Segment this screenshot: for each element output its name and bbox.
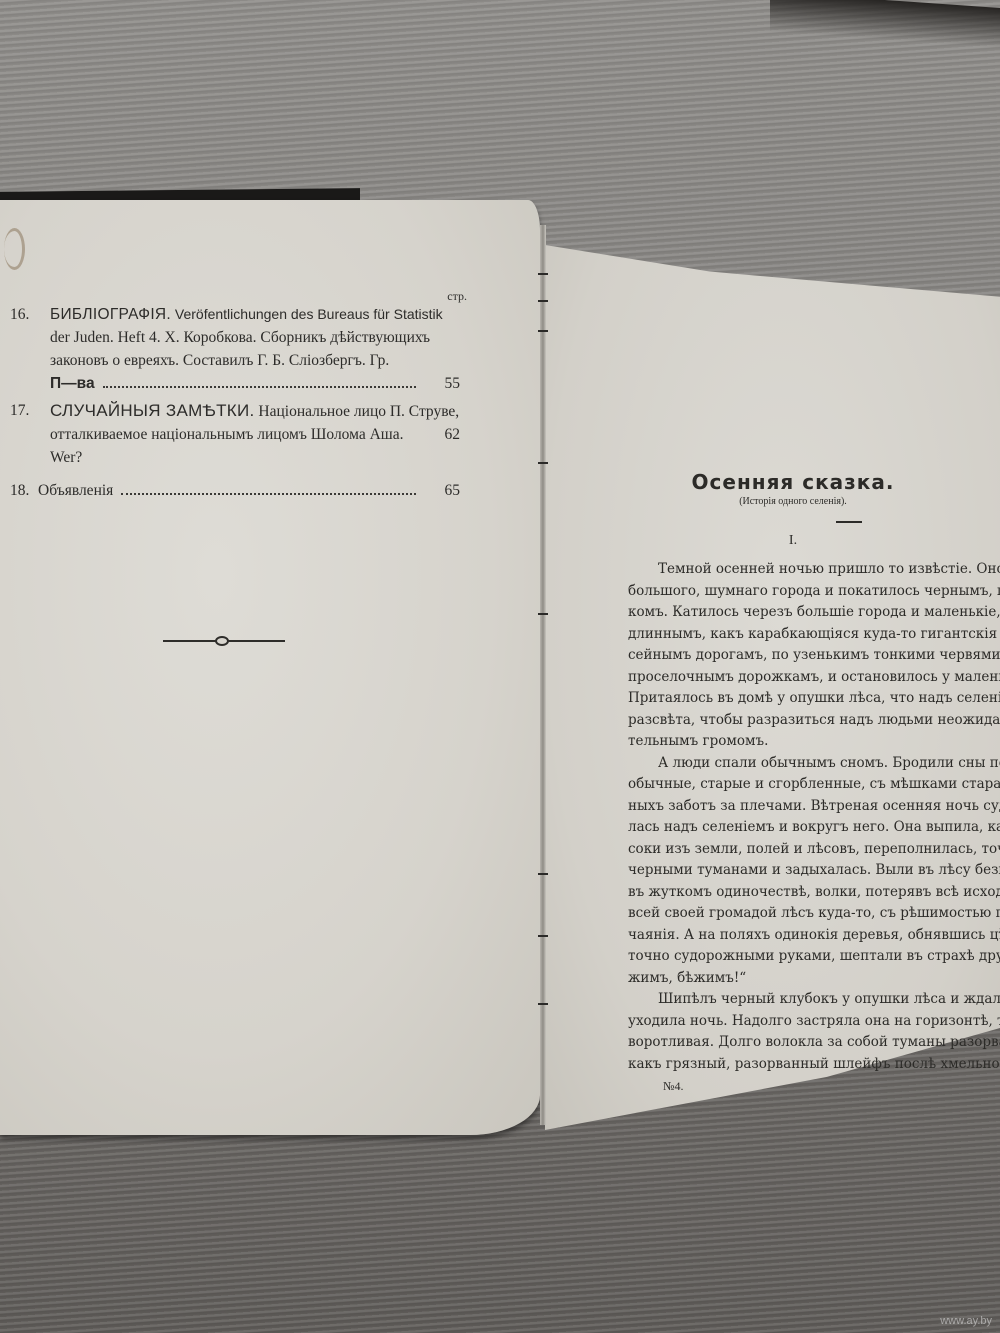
text-line: комъ. Катилось черезъ большiе города и м… (628, 602, 1000, 624)
title-rule (836, 521, 862, 523)
toc-number: 17. (10, 399, 29, 422)
toc-line: Veröfentlichungen des Bureaus für Statis… (175, 306, 443, 322)
dot-leader (121, 493, 416, 495)
story: Осенняя сказка. (Исторiя одного селенiя)… (628, 470, 1000, 1094)
binding-stitch (538, 1003, 548, 1005)
text-line: проселочнымъ дорожкамъ, и остановилось у… (628, 667, 1000, 689)
binding-stitch (538, 462, 548, 464)
text-line: А люди спали обычнымъ сномъ. Бродили сны… (628, 753, 1000, 775)
text-line: уходила ночь. Надолго застряла она на го… (628, 1011, 1000, 1033)
text-line: длиннымъ, какъ карабкающiяся куда-то гиг… (628, 624, 1000, 646)
book-spine (540, 225, 546, 1125)
toc-line: Объявленiя (38, 479, 113, 502)
signature-mark: №4. (628, 1079, 1000, 1094)
text-line: сейнымъ дорогамъ, по узенькимъ тонкими ч… (628, 645, 1000, 667)
story-subtitle: (Исторiя одного селенiя). (618, 496, 968, 507)
text-line: большого, шумнаго города и покатилось че… (628, 581, 1000, 603)
toc-number: 18. (10, 479, 29, 502)
text-line: точно судорожными руками, шептали въ стр… (628, 946, 1000, 968)
toc-line: Нацiональное лицо П. Струве, (258, 403, 459, 420)
dot-leader (103, 386, 416, 388)
binding-stitch (538, 300, 548, 302)
page-stain (4, 228, 25, 270)
toc-page-number: 62 (432, 423, 460, 446)
toc-entry: 18. Объявленiя 65 (10, 479, 460, 502)
text-line: чаянiя. А на поляхъ одинокiя деревья, об… (628, 925, 1000, 947)
text-line: тельнымъ громомъ. (628, 731, 1000, 753)
toc-number: 16. (10, 303, 29, 326)
story-body: Темной осенней ночью пришло то извѣстiе.… (628, 559, 1000, 1075)
toc-page-number: 65 (430, 479, 460, 502)
toc-entry: 16. БИБЛIОГРАФIЯ. Veröfentlichungen des … (10, 303, 460, 395)
text-line: Шипѣлъ черный клубокъ у опушки лѣса и жд… (628, 989, 1000, 1011)
background-shadow (770, 0, 1000, 48)
binding-stitch (538, 330, 548, 332)
text-line: Темной осенней ночью пришло то извѣстiе.… (628, 559, 1000, 581)
text-line: жимъ, бѣжимъ!“ (628, 968, 1000, 990)
text-line: соки изъ земли, полей и лѣсовъ, переполн… (628, 839, 1000, 861)
binding-stitch (538, 873, 548, 875)
binding-stitch (538, 273, 548, 275)
text-line: лась надъ селенiемъ и вокругъ него. Она … (628, 817, 1000, 839)
text-line: всей своей громадой лѣсъ куда-то, съ рѣш… (628, 903, 1000, 925)
chapter-number: I. (618, 533, 968, 549)
toc-heading: БИБЛIОГРАФIЯ. (50, 306, 171, 323)
toc-leader: Объявленiя 65 (38, 479, 460, 502)
text-line: ныхъ заботъ за плечами. Вѣтреная осенняя… (628, 796, 1000, 818)
text-line: разсвѣта, чтобы разразиться надъ людьми … (628, 710, 1000, 732)
binding-stitch (538, 935, 548, 937)
toc-leader: П—ва 55 (50, 372, 460, 395)
text-line: въ жуткомъ одиночествѣ, волки, потерявъ … (628, 882, 1000, 904)
binding-stitch (538, 613, 548, 615)
text-line: воротливая. Долго волокла за собой туман… (628, 1032, 1000, 1054)
divider-ornament-icon (163, 640, 285, 642)
watermark: www.ay.by (940, 1315, 992, 1327)
toc-leader: отталкиваемое нацiональнымъ лицомъ Шолом… (50, 423, 460, 469)
text-line: черными туманами и задыхалась. Выли въ л… (628, 860, 1000, 882)
toc-page-number: 55 (430, 372, 460, 395)
toc-heading: СЛУЧАЙНЫЯ ЗАМѢТКИ. (50, 401, 255, 420)
toc-line: П—ва (50, 372, 95, 395)
table-of-contents: стр. 16. БИБЛIОГРАФIЯ. Veröfentlichungen… (10, 285, 460, 502)
toc-line: законовъ о евреяхъ. Составилъ Г. Б. Слiо… (50, 349, 460, 372)
text-line: Притаялось въ домѣ у опушки лѣса, что на… (628, 688, 1000, 710)
toc-line: отталкиваемое нацiональнымъ лицомъ Шолом… (50, 423, 418, 469)
story-title: Осенняя сказка. (618, 470, 968, 494)
toc-line: der Juden. Heft 4. Х. Коробкова. Сборник… (50, 326, 460, 349)
toc-entry: 17. СЛУЧАЙНЫЯ ЗАМѢТКИ. Нацiональное лицо… (10, 399, 460, 469)
text-line: обычные, старые и сгорбленные, съ мѣшкам… (628, 774, 1000, 796)
text-line: какъ грязный, разорванный шлейфъ послѣ х… (628, 1054, 1000, 1076)
